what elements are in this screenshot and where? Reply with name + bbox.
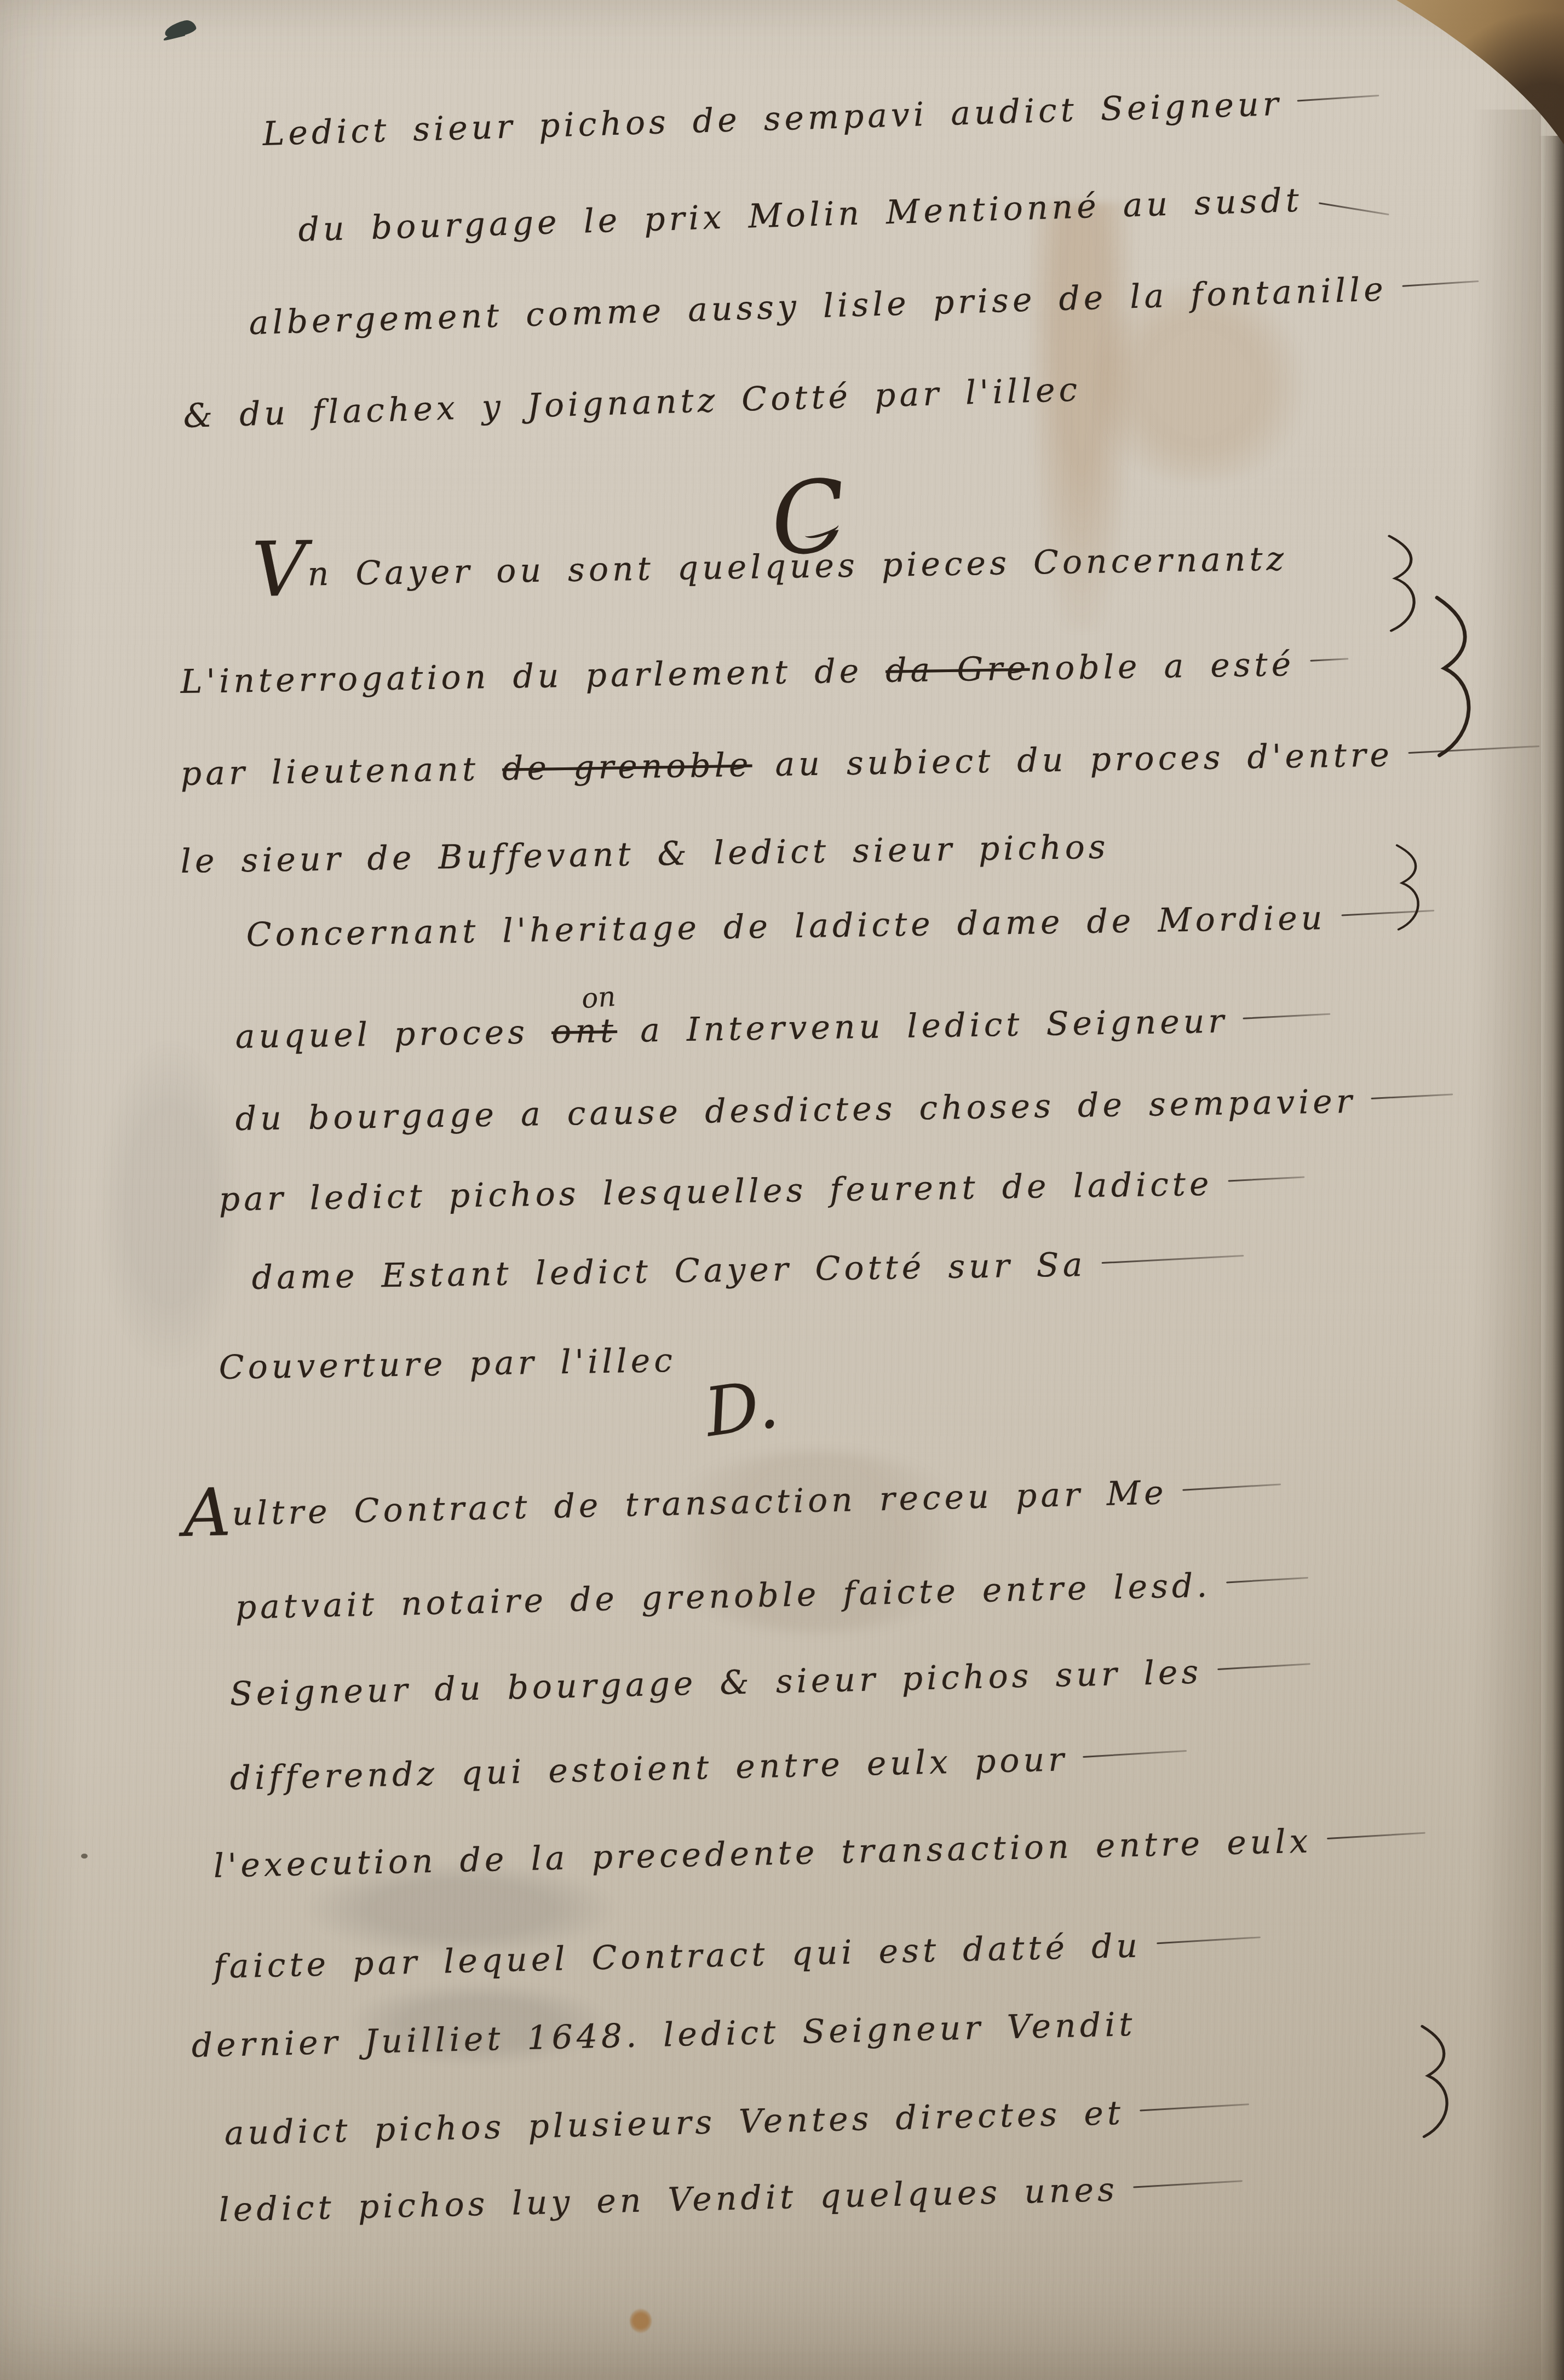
line-filler-dash: [1310, 658, 1348, 662]
line-text: ledict pichos luy en Vendit quelques une…: [219, 2171, 1119, 2229]
interlinear-insertion: on: [580, 980, 617, 1014]
line-text: a Intervenu ledict Seigneur: [617, 1002, 1228, 1051]
flourish-brace: [1394, 844, 1427, 931]
line-text: albergement comme aussy lisle prise de l…: [249, 270, 1388, 342]
page-edge-shadow: [1539, 136, 1564, 2380]
line-filler-dash: [1134, 2180, 1243, 2188]
line-text: differendz qui estoient entre eulx pour: [229, 1740, 1068, 1798]
manuscript-line: auquel proces ont a Intervenu ledict Sei…: [235, 1001, 1331, 1070]
manuscript-line: dernier Juilliet 1648. ledict Seigneur V…: [191, 2005, 1137, 2079]
line-text: du bourgage le prix Molin Mentionné au s…: [298, 181, 1303, 249]
manuscript-line: Vn Cayer ou sont quelques pieces Concern…: [251, 531, 1288, 600]
ink-blot: [163, 18, 198, 39]
manuscript-line: du bourgage le prix Molin Mentionné au s…: [298, 179, 1390, 263]
line-filler-dash: [1226, 1577, 1308, 1584]
section-mark-letter: D.: [700, 1364, 783, 1452]
line-text: L'interrogation du parlement de: [180, 652, 886, 701]
line-filler-dash: [1140, 2103, 1249, 2112]
line-filler-dash: [1243, 1013, 1331, 1019]
line-filler-dash: [1371, 1093, 1453, 1099]
line-filler-dash: [1319, 202, 1389, 215]
line-text: audict pichos plusieurs Ventes directes …: [224, 2094, 1125, 2153]
flourish-brace: [1385, 534, 1424, 633]
line-text: par lieutenant: [180, 750, 502, 793]
line-text: du bourgage a cause desdictes choses de …: [235, 1082, 1356, 1138]
manuscript-line: Concernant l'heritage de ladicte dame de…: [246, 897, 1435, 968]
manuscript-line: audict pichos plusieurs Ventes directes …: [224, 2091, 1250, 2166]
line-text: dame Estant ledict Cayer Cotté sur Sa: [251, 1246, 1086, 1297]
paper-stain: [81, 1854, 88, 1859]
line-filler-dash: [1297, 95, 1379, 102]
page-edge-shadow: [1470, 110, 1541, 2380]
line-filler-dash: [1157, 1936, 1261, 1944]
manuscript-line: albergement comme aussy lisle prise de l…: [249, 267, 1480, 356]
paper-stain: [630, 2309, 652, 2333]
line-text: Ledict sieur pichos de sempavi audict Se…: [262, 85, 1283, 153]
manuscript-line: par lieutenant de grenoble au subiect du…: [180, 733, 1540, 807]
manuscript-line: par ledict pichos lesquelles feurent de …: [219, 1163, 1305, 1232]
line-text: l'execution de la precedente transaction…: [213, 1822, 1312, 1885]
line-text: Couverture par l'illec: [219, 1341, 676, 1387]
line-text: par ledict pichos lesquelles feurent de …: [219, 1165, 1213, 1219]
line-filler-dash: [1402, 280, 1479, 287]
manuscript-line: le sieur de Buffevant & ledict sieur pic…: [180, 828, 1109, 894]
line-text: auquel proces: [235, 1013, 551, 1056]
manuscript-line: ledict pichos luy en Vendit quelques une…: [219, 2168, 1244, 2243]
manuscript-line: Aultre Contract de transaction receu par…: [183, 1470, 1282, 1546]
line-text: dernier Juilliet 1648. ledict Seigneur V…: [191, 2005, 1136, 2065]
manuscript-line: dame Estant ledict Cayer Cotté sur Sa: [251, 1243, 1244, 1311]
manuscript-photo: Ledict sieur pichos de sempavi audict Se…: [0, 0, 1564, 2380]
manuscript-line: patvait notaire de grenoble faicte entre…: [235, 1564, 1309, 1641]
line-filler-dash: [1083, 1750, 1187, 1758]
line-text: au subiect du proces d'entre: [752, 736, 1394, 784]
line-text: Seigneur du bourgage & sieur pichos sur …: [229, 1653, 1203, 1713]
section-mark-d: D.: [700, 1364, 783, 1452]
line-text: noble a esté: [1030, 645, 1295, 688]
line-filler-dash: [1228, 1176, 1304, 1182]
line-filler-dash: [1101, 1255, 1244, 1264]
manuscript-line: Couverture par l'illec: [219, 1341, 676, 1401]
struck-text: da Gre: [886, 650, 1030, 690]
line-filler-dash: [1217, 1663, 1310, 1670]
line-filler-dash: [1182, 1483, 1281, 1490]
manuscript-line: faicte par lequel Contract qui est datté…: [213, 1924, 1261, 2000]
flourish-brace: [1418, 2024, 1457, 2139]
manuscript-line: L'interrogation du parlement de da Greno…: [180, 645, 1349, 715]
swash-initial: V: [251, 525, 308, 614]
struck-text: de grenoble: [502, 746, 753, 788]
page: Ledict sieur pichos de sempavi audict Se…: [0, 0, 1564, 2380]
manuscript-line: differendz qui estoient entre eulx pour: [229, 1737, 1188, 1811]
line-text: ultre Contract de transaction receu par …: [232, 1473, 1168, 1533]
line-text: faicte par lequel Contract qui est datté…: [213, 1927, 1142, 1986]
line-text: & du flachex y Joignantz Cotté par l'ill…: [183, 370, 1082, 435]
manuscript-line: Ledict sieur pichos de sempavi audict Se…: [262, 82, 1381, 167]
line-filler-dash: [1327, 1832, 1425, 1839]
manuscript-line: du bourgage a cause desdictes choses de …: [235, 1081, 1453, 1152]
line-text: Concernant l'heritage de ladicte dame de…: [246, 899, 1326, 954]
manuscript-line: l'execution de la precedente transaction…: [213, 1820, 1427, 1899]
swash-initial: A: [182, 1475, 233, 1552]
line-text: le sieur de Buffevant & ledict sieur pic…: [180, 828, 1109, 881]
manuscript-line: & du flachex y Joignantz Cotté par l'ill…: [183, 370, 1082, 449]
line-text: n Cayer ou sont quelques pieces Concerna…: [307, 540, 1288, 593]
manuscript-line: Seigneur du bourgage & sieur pichos sur …: [229, 1650, 1311, 1727]
line-text: patvait notaire de grenoble faicte entre…: [235, 1567, 1211, 1627]
struck-text: ont: [551, 1012, 618, 1051]
